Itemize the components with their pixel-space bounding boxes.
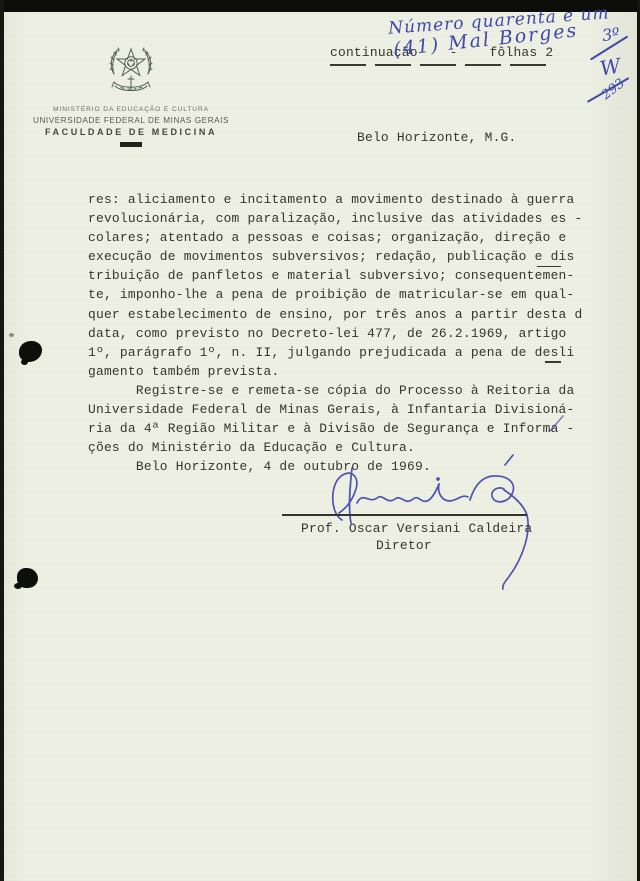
letterhead: MINISTÉRIO DA EDUCAÇÃO E CULTURA UNIVERS… <box>18 40 244 147</box>
body-line: execução de movimentos subversivos; reda… <box>88 247 578 266</box>
signatory-name: Prof. Oscar Versiani Caldeira <box>301 521 532 536</box>
scanned-document-page: MINISTÉRIO DA EDUCAÇÃO E CULTURA UNIVERS… <box>0 0 640 881</box>
body-line: ções do Ministério da Educação e Cultura… <box>88 438 578 457</box>
body-line: tribuição de panfletos e material subver… <box>88 266 578 285</box>
body-line: Registre-se e remeta-se cópia do Process… <box>88 381 578 400</box>
body-line: revolucionária, com paralização, inclusi… <box>88 209 578 228</box>
typed-underline <box>537 266 561 268</box>
body-text: res: aliciamento e incitamento a movimen… <box>88 190 578 476</box>
body-line: colares; atentado a pessoas e coisas; or… <box>88 228 578 247</box>
body-line: te, imponho-lhe a pena de proibição de m… <box>88 285 578 304</box>
body-line: data, como previsto no Decreto-lei 477, … <box>88 324 578 343</box>
body-line: res: aliciamento e incitamento a movimen… <box>88 190 578 209</box>
signatory-title: Diretor <box>376 538 432 553</box>
paper-speck <box>9 333 14 337</box>
body-line: quer estabelecimento de ensino, por três… <box>88 305 578 324</box>
letterhead-university: UNIVERSIDADE FEDERAL DE MINAS GERAIS <box>18 116 244 125</box>
signature-rule <box>282 514 527 516</box>
body-line: 1º, parágrafo 1º, n. II, julgando prejud… <box>88 343 578 362</box>
body-line: Belo Horizonte, 4 de outubro de 1969. <box>88 457 578 476</box>
letterhead-ministry: MINISTÉRIO DA EDUCAÇÃO E CULTURA <box>18 106 244 113</box>
letterhead-faculty: FACULDADE DE MEDICINA <box>18 127 244 137</box>
coat-of-arms-icon <box>101 40 161 98</box>
punch-hole <box>21 359 28 365</box>
typed-underline <box>545 361 561 363</box>
paper-sheet: MINISTÉRIO DA EDUCAÇÃO E CULTURA UNIVERS… <box>4 12 637 881</box>
punch-hole <box>14 583 22 589</box>
letterhead-divider-bar <box>120 142 142 147</box>
body-line: gamento também prevista. <box>88 362 578 381</box>
place-line: Belo Horizonte, M.G. <box>357 130 517 145</box>
continuation-underline <box>330 64 549 66</box>
body-line: ria da 4ª Região Militar e à Divisão de … <box>88 419 578 438</box>
body-line: Universidade Federal de Minas Gerais, à … <box>88 400 578 419</box>
